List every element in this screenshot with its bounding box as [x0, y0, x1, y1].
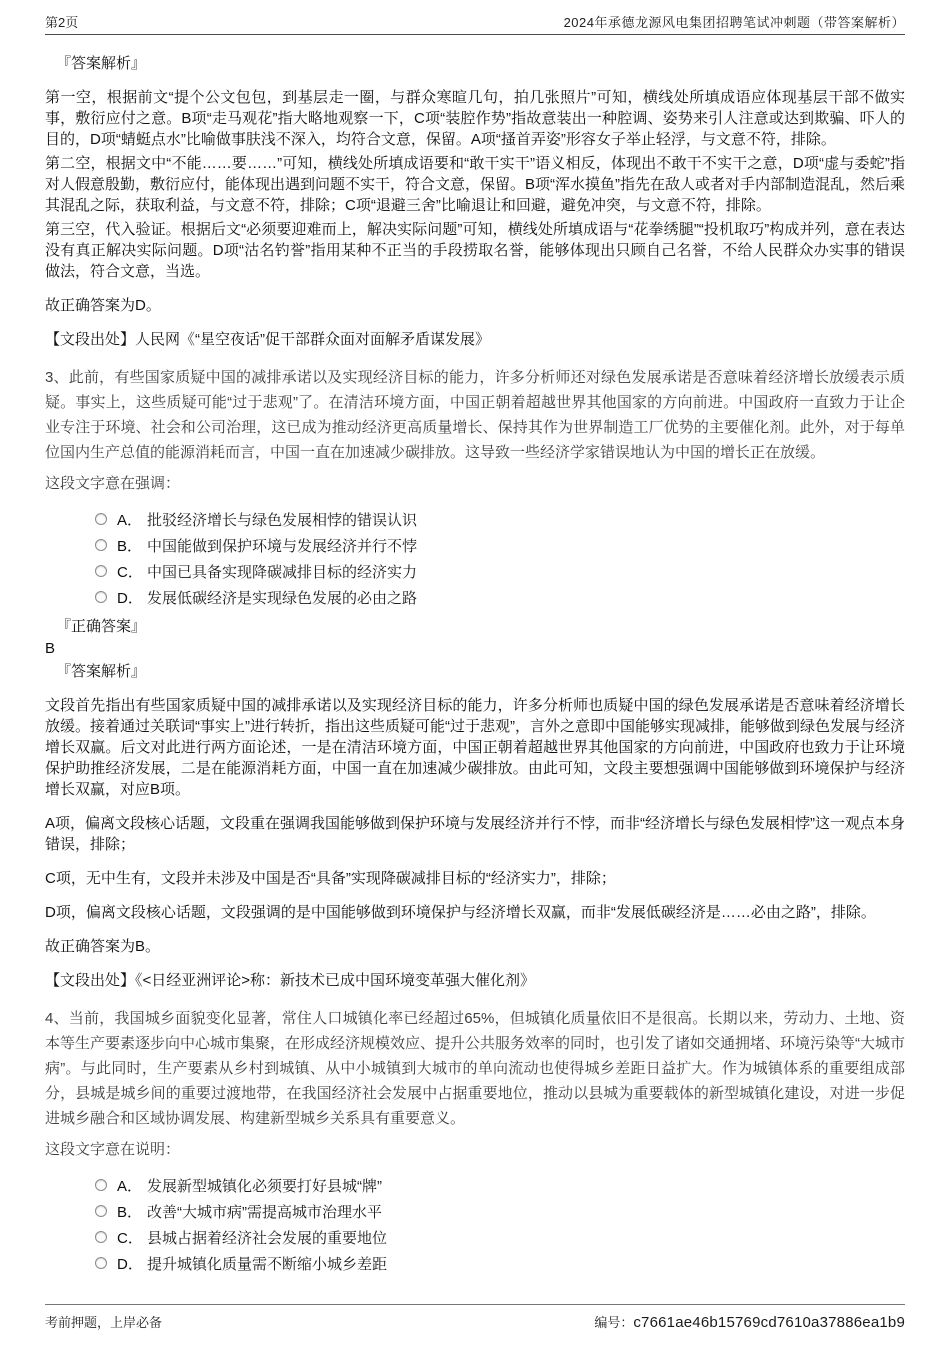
- option-text: 中国已具备实现降碳减排目标的经济实力: [147, 561, 417, 582]
- analysis-header: 『答案解析』: [45, 53, 905, 74]
- option-letter: B．: [117, 1201, 147, 1222]
- footer-code-value: c7661ae46b15769cd7610a37886ea1b9: [633, 1314, 905, 1331]
- question-3-options: A． 批驳经济增长与绿色发展相悖的错误认识 B． 中国能做到保护环境与发展经济并…: [95, 506, 905, 610]
- analysis-paragraph: A项，偏离文段核心话题，文段重在强调我国能够做到保护环境与发展经济并行不悖，而非…: [45, 813, 905, 855]
- option-text: 发展新型城镇化必须要打好县城“牌”: [147, 1175, 382, 1196]
- option-text: 批驳经济增长与绿色发展相悖的错误认识: [147, 509, 417, 530]
- passage-source: 【文段出处】人民网《“星空夜话”促干部群众面对面解矛盾谋发展》: [45, 329, 905, 350]
- option-row-a[interactable]: A． 发展新型城镇化必须要打好县城“牌”: [95, 1172, 905, 1198]
- question-4-options: A． 发展新型城镇化必须要打好县城“牌” B． 改善“大城市病”需提高城市治理水…: [95, 1172, 905, 1276]
- option-row-c[interactable]: C． 县城占据着经济社会发展的重要地位: [95, 1224, 905, 1250]
- question-3-prompt: 这段文字意在强调：: [45, 471, 905, 496]
- page-number: 第2页: [45, 12, 78, 31]
- radio-button[interactable]: [95, 565, 107, 577]
- option-row-c[interactable]: C． 中国已具备实现降碳减排目标的经济实力: [95, 558, 905, 584]
- radio-button[interactable]: [95, 513, 107, 525]
- analysis-paragraph: 第一空，根据前文“提个公文包包，到基层走一圈，与群众寒暄几句，拍几张照片”可知，…: [45, 87, 905, 150]
- question-4-stem: 4、当前，我国城乡面貌变化显著，常住人口城镇化率已经超过65%，但城镇化质量依旧…: [45, 1006, 905, 1131]
- radio-button[interactable]: [95, 1257, 107, 1269]
- analysis-paragraph: C项，无中生有，文段并未涉及中国是否“具备”实现降碳减排目标的“经济实力”，排除…: [45, 868, 905, 889]
- option-letter: B．: [117, 535, 147, 556]
- passage-source: 【文段出处】《<日经亚洲评论>称：新技术已成中国环境变革强大催化剂》: [45, 970, 905, 991]
- analysis-paragraph: 第二空，根据文中“不能……要……”可知，横线处所填成语要和“敢干实干”语义相反，…: [45, 153, 905, 216]
- radio-button[interactable]: [95, 1205, 107, 1217]
- option-row-a[interactable]: A． 批驳经济增长与绿色发展相悖的错误认识: [95, 506, 905, 532]
- footer-code: 编号：c7661ae46b15769cd7610a37886ea1b9: [594, 1312, 905, 1331]
- option-letter: D．: [117, 1253, 147, 1274]
- page-header: 第2页 2024年承德龙源风电集团招聘笔试冲刺题（带答案解析）: [45, 12, 905, 35]
- option-row-d[interactable]: D． 发展低碳经济是实现绿色发展的必由之路: [95, 584, 905, 610]
- radio-button[interactable]: [95, 539, 107, 551]
- option-row-b[interactable]: B． 中国能做到保护环境与发展经济并行不悖: [95, 532, 905, 558]
- page-body: 『答案解析』 第一空，根据前文“提个公文包包，到基层走一圈，与群众寒暄几句，拍几…: [45, 53, 905, 1276]
- document-title: 2024年承德龙源风电集团招聘笔试冲刺题（带答案解析）: [564, 12, 905, 31]
- option-row-d[interactable]: D． 提升城镇化质量需不断缩小城乡差距: [95, 1250, 905, 1276]
- option-letter: C．: [117, 1227, 147, 1248]
- radio-button[interactable]: [95, 1179, 107, 1191]
- option-row-b[interactable]: B． 改善“大城市病”需提高城市治理水平: [95, 1198, 905, 1224]
- footer-code-label: 编号：: [594, 1315, 633, 1330]
- correct-answer-statement: 故正确答案为B。: [45, 936, 905, 957]
- option-text: 发展低碳经济是实现绿色发展的必由之路: [147, 587, 417, 608]
- option-letter: A．: [117, 1175, 147, 1196]
- question-3-stem: 3、此前，有些国家质疑中国的减排承诺以及实现经济目标的能力，许多分析师还对绿色发…: [45, 365, 905, 465]
- correct-answer-value: B: [45, 639, 905, 659]
- option-text: 提升城镇化质量需不断缩小城乡差距: [147, 1253, 387, 1274]
- footer-slogan: 考前押题，上岸必备: [45, 1312, 162, 1331]
- option-letter: D．: [117, 587, 147, 608]
- option-letter: C．: [117, 561, 147, 582]
- radio-button[interactable]: [95, 591, 107, 603]
- option-letter: A．: [117, 509, 147, 530]
- question-4-prompt: 这段文字意在说明：: [45, 1137, 905, 1162]
- analysis-header: 『答案解析』: [45, 661, 905, 682]
- document-page: 第2页 2024年承德龙源风电集团招聘笔试冲刺题（带答案解析） 『答案解析』 第…: [0, 0, 950, 1345]
- option-text: 县城占据着经济社会发展的重要地位: [147, 1227, 387, 1248]
- option-text: 中国能做到保护环境与发展经济并行不悖: [147, 535, 417, 556]
- analysis-paragraph: 第三空，代入验证。根据后文“必须要迎难而上，解决实际问题”可知，横线处所填成语与…: [45, 219, 905, 282]
- page-footer: 考前押题，上岸必备 编号：c7661ae46b15769cd7610a37886…: [45, 1304, 905, 1331]
- radio-button[interactable]: [95, 1231, 107, 1243]
- correct-answer-statement: 故正确答案为D。: [45, 295, 905, 316]
- correct-answer-header: 『正确答案』: [45, 616, 905, 637]
- analysis-paragraph: D项，偏离文段核心话题，文段强调的是中国能够做到环境保护与经济增长双赢，而非“发…: [45, 902, 905, 923]
- option-text: 改善“大城市病”需提高城市治理水平: [147, 1201, 382, 1222]
- analysis-paragraph: 文段首先指出有些国家质疑中国的减排承诺以及实现经济目标的能力，许多分析师也质疑中…: [45, 695, 905, 800]
